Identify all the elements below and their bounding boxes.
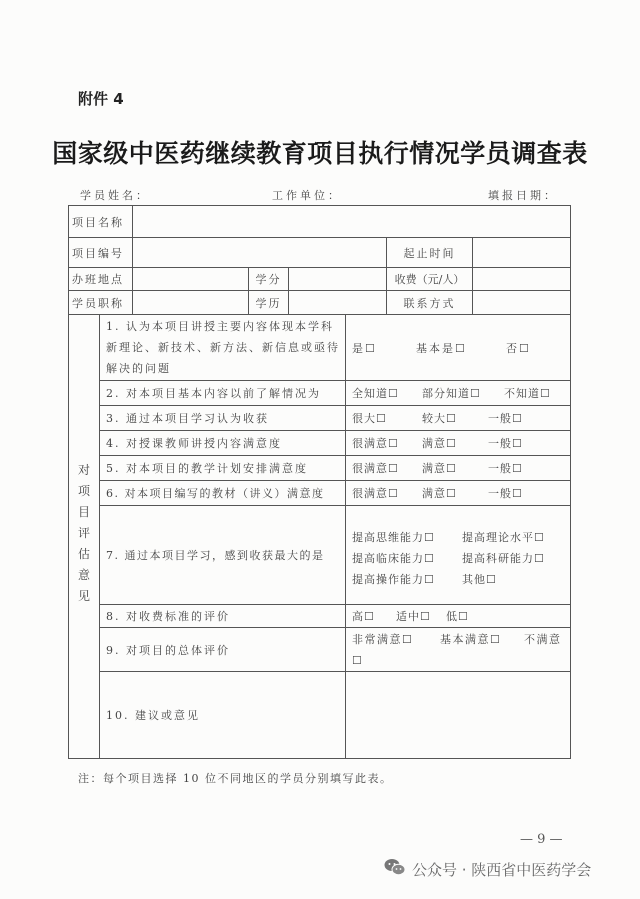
section-char: 项: [70, 481, 98, 502]
option-checkbox[interactable]: 高☐: [352, 608, 396, 624]
fill-date-label: 填报日期：: [488, 187, 558, 203]
project-name-field[interactable]: [133, 206, 570, 237]
option-checkbox[interactable]: 是☐: [352, 340, 416, 356]
question-4: 4. 对授课教师讲授内容满意度: [106, 431, 282, 455]
question-9-options: 非常满意☐基本满意☐不满意 ☐: [352, 629, 567, 671]
option-checkbox[interactable]: 很满意☐: [352, 460, 422, 476]
option-checkbox[interactable]: 很满意☐: [352, 485, 422, 501]
option-checkbox[interactable]: 部分知道☐: [422, 385, 504, 401]
title-rank-field[interactable]: [133, 291, 248, 314]
question-8-options: 高☐ 适中☐ 低☐: [352, 605, 469, 627]
start-end-time-field[interactable]: [473, 238, 570, 267]
question-5-options: 很满意☐ 满意☐ 一般☐: [352, 456, 523, 480]
option-checkbox[interactable]: ☐: [352, 654, 363, 667]
contact-field[interactable]: [473, 291, 570, 314]
option-checkbox[interactable]: 不知道☐: [504, 385, 551, 401]
question-6-options: 很满意☐ 满意☐ 一般☐: [352, 481, 523, 505]
option-checkbox[interactable]: 非常满意☐: [352, 629, 440, 650]
section-char: 估: [70, 544, 98, 565]
project-number-field[interactable]: [133, 238, 386, 267]
option-checkbox[interactable]: 很满意☐: [352, 435, 422, 451]
question-3: 3. 通过本项目学习认为收获: [106, 406, 269, 430]
section-char: 意: [70, 565, 98, 586]
page-title: 国家级中医药继续教育项目执行情况学员调查表: [0, 134, 640, 170]
location-field[interactable]: [133, 268, 248, 290]
question-7: 7. 通过本项目学习，感到收获最大的是: [106, 506, 325, 604]
table-divider: [99, 314, 100, 758]
question-2-options: 全知道☐ 部分知道☐ 不知道☐: [352, 381, 551, 405]
question-4-options: 很满意☐ 满意☐ 一般☐: [352, 431, 523, 455]
option-checkbox[interactable]: 满意☐: [422, 460, 488, 476]
question-7-options: 提高思维能力☐提高理论水平☐ 提高临床能力☐提高科研能力☐ 提高操作能力☐其他☐: [352, 527, 567, 590]
option-checkbox[interactable]: 基本是☐: [416, 340, 506, 356]
option-checkbox[interactable]: 全知道☐: [352, 385, 422, 401]
start-end-time-label: 起止时间: [387, 238, 472, 267]
option-checkbox[interactable]: 较大☐: [422, 410, 488, 426]
option-label: 不满意: [524, 629, 562, 650]
question-3-options: 很大☐ 较大☐ 一般☐: [352, 406, 523, 430]
work-unit-label: 工作单位：: [272, 187, 342, 203]
question-10: 10. 建议或意见: [106, 672, 200, 758]
watermark: 公众号 · 陕西省中医药学会: [384, 858, 591, 880]
wechat-icon: [384, 858, 406, 880]
option-checkbox[interactable]: 其他☐: [462, 569, 497, 590]
option-checkbox[interactable]: 适中☐: [396, 608, 446, 624]
option-checkbox[interactable]: 提高理论水平☐: [462, 527, 545, 548]
option-checkbox[interactable]: 一般☐: [488, 410, 523, 426]
suggestions-field[interactable]: [346, 672, 570, 758]
credits-field[interactable]: [289, 268, 386, 290]
option-checkbox[interactable]: 一般☐: [488, 435, 523, 451]
section-char: 对: [70, 460, 98, 481]
fee-field[interactable]: [473, 268, 570, 290]
title-rank-label: 学员职称: [72, 291, 124, 314]
question-5: 5. 对本项目的教学计划安排满意度: [106, 456, 308, 480]
table-border: [68, 758, 571, 759]
question-6: 6. 对本项目编写的教材（讲义）满意度: [106, 481, 325, 505]
evaluation-section-label: 对 项 目 评 估 意 见: [70, 460, 98, 607]
option-checkbox[interactable]: 低☐: [446, 608, 469, 624]
question-1: 1. 认为本项目讲授主要内容体现本学科新理论、新技术、新方法、新信息或亟待解决的…: [106, 316, 340, 379]
footnote: 注：每个项目选择 10 位不同地区的学员分别填写此表。: [78, 770, 393, 786]
page-number: — 9 —: [520, 832, 563, 847]
question-9: 9. 对项目的总体评价: [106, 628, 230, 671]
option-checkbox[interactable]: 满意☐: [422, 485, 488, 501]
option-checkbox[interactable]: 提高操作能力☐: [352, 569, 462, 590]
location-label: 办班地点: [72, 268, 124, 290]
option-checkbox[interactable]: 提高临床能力☐: [352, 548, 462, 569]
student-name-label: 学员姓名：: [80, 187, 150, 203]
attachment-label: 附件 4: [78, 88, 124, 109]
project-name-label: 项目名称: [72, 206, 124, 237]
option-checkbox[interactable]: 否☐: [506, 340, 531, 356]
section-char: 评: [70, 523, 98, 544]
option-checkbox[interactable]: 很大☐: [352, 410, 422, 426]
table-border: [570, 205, 571, 759]
fee-label: 收费（元/人）: [387, 268, 472, 290]
option-checkbox[interactable]: 提高思维能力☐: [352, 527, 462, 548]
option-checkbox[interactable]: 一般☐: [488, 485, 523, 501]
watermark-text: 公众号 · 陕西省中医药学会: [412, 859, 591, 880]
education-field[interactable]: [289, 291, 386, 314]
option-checkbox[interactable]: 提高科研能力☐: [462, 548, 545, 569]
table-border: [68, 205, 69, 759]
question-2: 2. 对本项目基本内容以前了解情况为: [106, 381, 321, 405]
question-8: 8. 对收费标准的评价: [106, 605, 230, 627]
option-checkbox[interactable]: 一般☐: [488, 460, 523, 476]
option-checkbox[interactable]: 满意☐: [422, 435, 488, 451]
project-number-label: 项目编号: [72, 238, 124, 267]
credits-label: 学分: [249, 268, 288, 290]
section-char: 目: [70, 502, 98, 523]
option-checkbox[interactable]: 基本满意☐: [440, 629, 524, 650]
question-1-options: 是☐ 基本是☐ 否☐: [352, 315, 567, 380]
contact-label: 联系方式: [387, 291, 472, 314]
education-label: 学历: [249, 291, 288, 314]
section-char: 见: [70, 586, 98, 607]
